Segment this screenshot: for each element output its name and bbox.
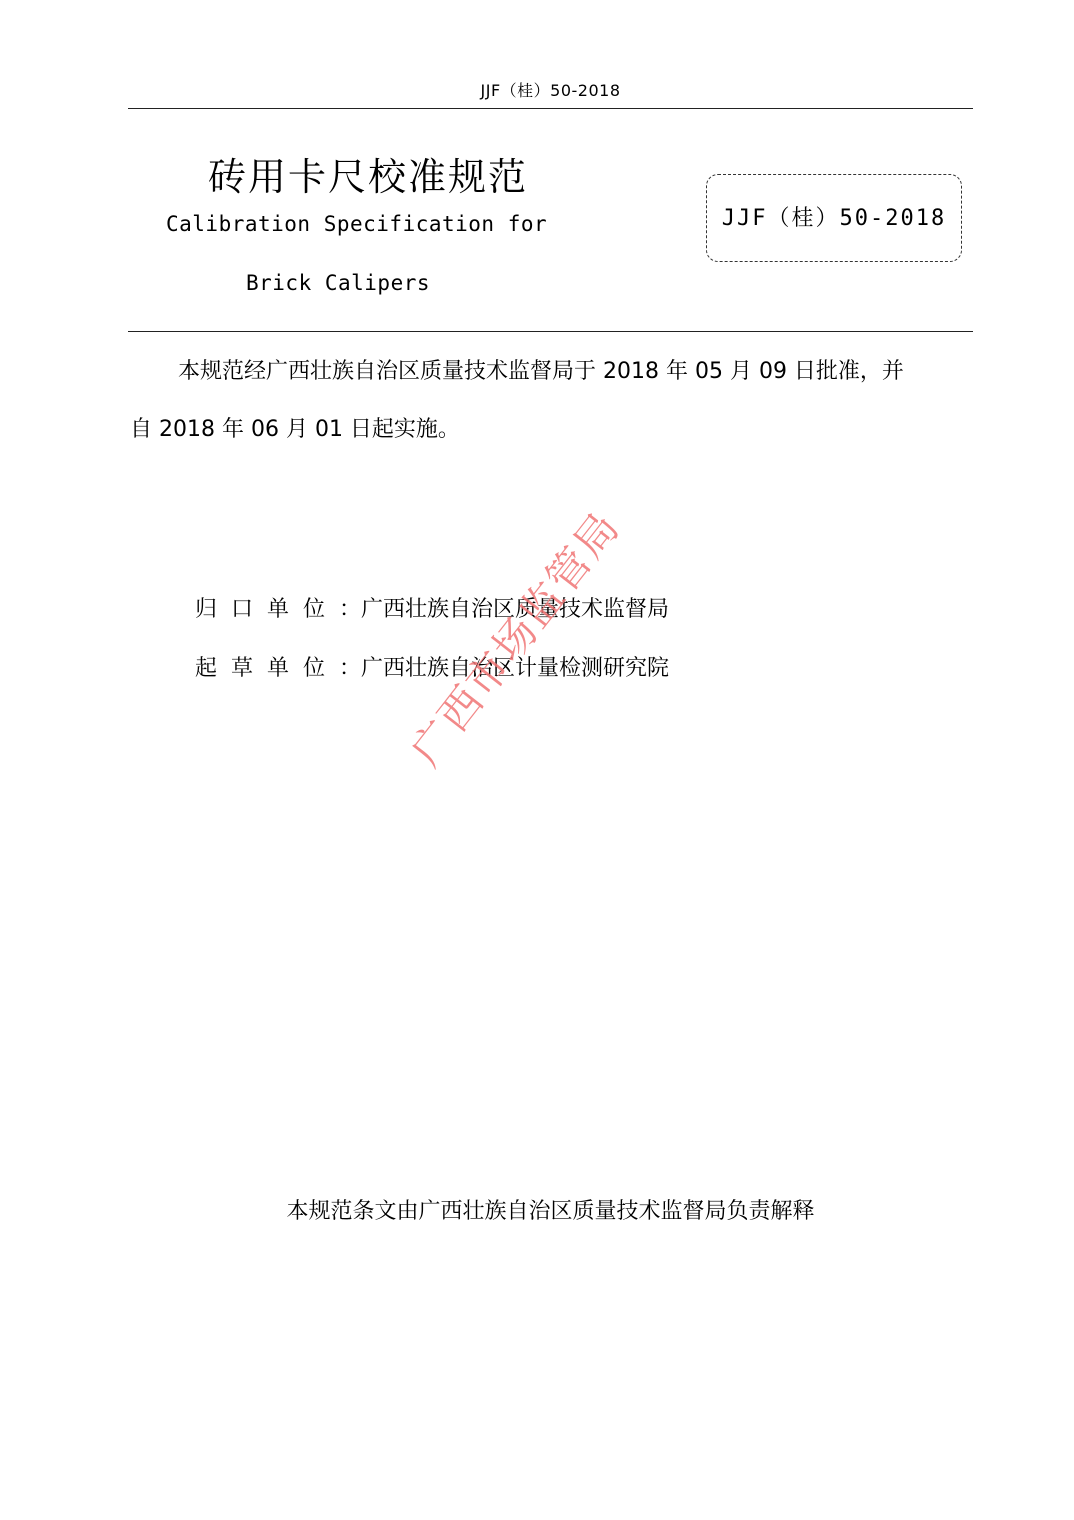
spec-code-text: JJF（桂）50-2018 [707, 201, 961, 232]
watermark: 广西市场监管局 [395, 497, 632, 777]
org-label: 归口单位 [195, 592, 339, 623]
org-label: 起草单位 [195, 651, 339, 682]
approval-paragraph: 本规范经广西壮族自治区质量技术监督局于 2018 年 05 月 09 日批准，并… [130, 343, 975, 459]
org-row-drafting: 起草单位：广西壮族自治区计量检测研究院 [195, 651, 669, 682]
title-chinese: 砖用卡尺校准规范 [208, 146, 528, 201]
title-english-line1: Calibration Specification for [166, 212, 547, 236]
title-english-line2: Brick Calipers [246, 271, 430, 295]
org-separator: ： [339, 597, 361, 622]
title-rule [128, 331, 973, 332]
header-rule [128, 108, 973, 109]
approval-line1: 本规范经广西壮族自治区质量技术监督局于 2018 年 05 月 09 日批准，并 [130, 343, 975, 401]
spec-code-box: JJF（桂）50-2018 [706, 174, 962, 262]
running-header: JJF（桂）50-2018 [128, 78, 973, 101]
interpretation-note: 本规范条文由广西壮族自治区质量技术监督局负责解释 [128, 1194, 973, 1225]
approval-line2: 自 2018 年 06 月 01 日起实施。 [130, 401, 975, 459]
org-row-responsible: 归口单位：广西壮族自治区质量技术监督局 [195, 592, 669, 623]
org-separator: ： [339, 656, 361, 681]
